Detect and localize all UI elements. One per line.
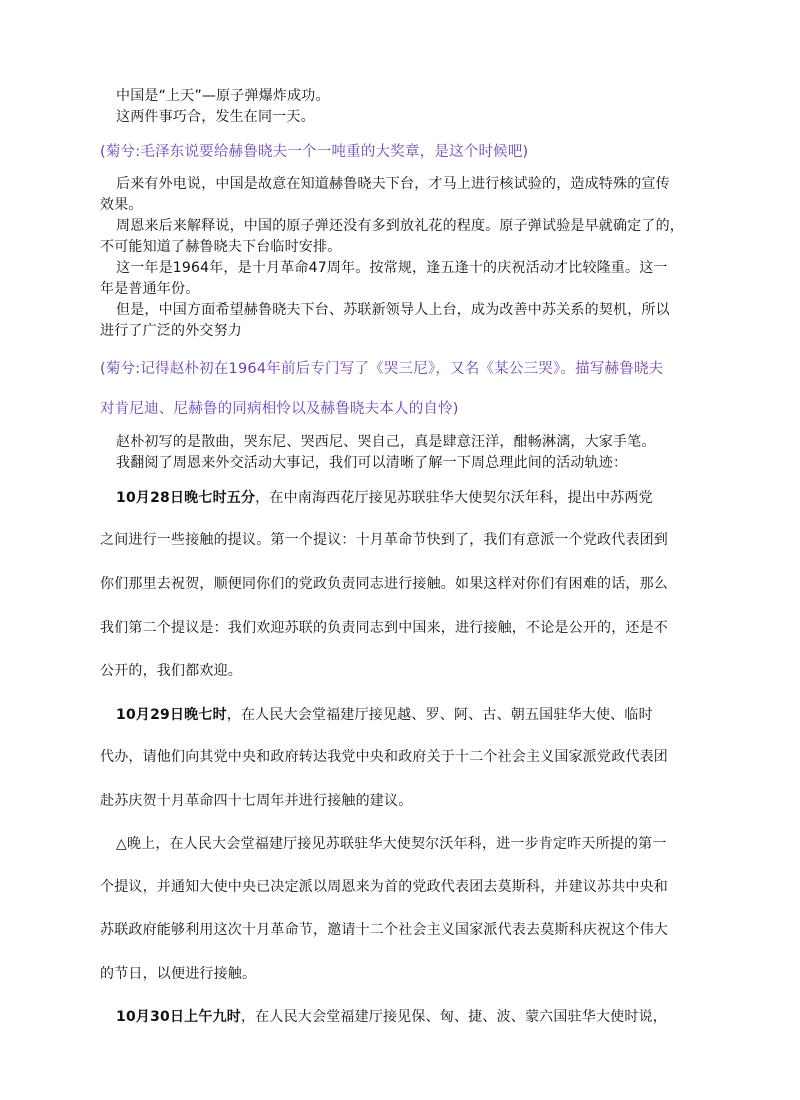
line-text: 这一年是1964年，是十月革命47周年。按常规，逢五逢十的庆祝活动才比较隆重。这… [116, 260, 668, 276]
line-text: 你们那里去祝贺，顺便同你们的党政负责同志进行接触。如果这样对你们有困难的话，那么 [100, 576, 668, 592]
paragraph-line: 但是，中国方面希望赫鲁晓夫下台、苏联新领导人上台，成为改善中苏关系的契机，所以 [116, 301, 670, 319]
line-text: 中国是“上天”—原子弹爆炸成功。 [116, 88, 330, 104]
paragraph-line: 的节日，以便进行接触。 [100, 965, 256, 983]
paragraph-line: 我们第二个提议是：我们欢迎苏联的负责同志到中国来，进行接触，不论是公开的，还是不 [100, 619, 668, 637]
paragraph-line: 赵朴初写的是散曲，哭东尼、哭西尼、哭自己，真是肆意汪洋，酣畅淋漓，大家手笔。 [116, 433, 656, 451]
line-text: 但是，中国方面希望赫鲁晓夫下台、苏联新领导人上台，成为改善中苏关系的契机，所以 [116, 302, 670, 318]
line-text: (菊兮:记得赵朴初在1964年前后专门写了《哭三尼》，又名《某公三哭》。描写赫鲁… [100, 361, 663, 377]
editor-note-line: (菊兮:记得赵朴初在1964年前后专门写了《哭三尼》，又名《某公三哭》。描写赫鲁… [100, 360, 663, 378]
paragraph-line: 苏联政府能够利用这次十月革命节，邀请十二个社会主义国家派代表去莫斯科庆祝这个伟大 [100, 921, 668, 939]
paragraph-line: 这一年是1964年，是十月革命47周年。按常规，逢五逢十的庆祝活动才比较隆重。这… [116, 259, 668, 277]
paragraph-line: 这两件事巧合，发生在同一天。 [116, 108, 315, 126]
line-text: 我翻阅了周恩来外交活动大事记，我们可以清晰了解一下周总理此间的活动轨迹： [116, 455, 627, 471]
line-text: 赴苏庆贺十月革命四十七周年并进行接触的建议。 [100, 793, 412, 809]
paragraph-line: 代办，请他们向其党中央和政府转达我党中央和政府关于十二个社会主义国家派党政代表团 [100, 748, 668, 766]
line-text: 效果。 [100, 197, 143, 213]
line-text: 苏联政府能够利用这次十月革命节，邀请十二个社会主义国家派代表去莫斯科庆祝这个伟大 [100, 922, 668, 938]
line-text: ，在人民大会堂福建厅接见越、罗、阿、古、朝五国驻华大使、临时 [227, 707, 653, 723]
line-text: (菊兮:毛泽东说要给赫鲁晓夫一个一吨重的大奖章，是这个时候吧) [100, 144, 528, 160]
line-text: 不可能知道了赫鲁晓夫下台临时安排。 [100, 239, 341, 255]
paragraph-line: 周恩来后来解释说，中国的原子弹还没有多到放礼花的程度。原子弹试验是早就确定了的， [116, 217, 684, 235]
paragraph-line: 我翻阅了周恩来外交活动大事记，我们可以清晰了解一下周总理此间的活动轨迹： [116, 454, 627, 472]
paragraph-line: 个提议，并通知大使中央已决定派以周恩来为首的党政代表团去莫斯科，并建议苏共中央和 [100, 878, 668, 896]
paragraph-line: △晚上，在人民大会堂福建厅接见苏联驻华大使契尔沃年科，进一步肯定昨天所提的第一 [116, 835, 667, 853]
paragraph-line: 进行了广泛的外交努力 [100, 322, 242, 340]
line-text: 周恩来后来解释说，中国的原子弹还没有多到放礼花的程度。原子弹试验是早就确定了的， [116, 218, 684, 234]
date-heading: 10月30日上午九时 [116, 1009, 241, 1025]
paragraph-line: 效果。 [100, 196, 143, 214]
line-text: 赵朴初写的是散曲，哭东尼、哭西尼、哭自己，真是肆意汪洋，酣畅淋漓，大家手笔。 [116, 434, 656, 450]
paragraph-line: 后来有外电说，中国是故意在知道赫鲁晓夫下台，才马上进行核试验的，造成特殊的宣传 [116, 175, 670, 193]
line-text: ，在中南海西花厅接见苏联驻华大使契尔沃年科，提出中苏两党 [255, 490, 653, 506]
paragraph-line: 之间进行一些接触的提议。第一个提议：十月革命节快到了，我们有意派一个党政代表团到 [100, 531, 668, 549]
editor-note-line: (菊兮:毛泽东说要给赫鲁晓夫一个一吨重的大奖章，是这个时候吧) [100, 143, 528, 161]
paragraph-line: 10月28日晚七时五分，在中南海西花厅接见苏联驻华大使契尔沃年科，提出中苏两党 [116, 489, 653, 507]
line-text: 后来有外电说，中国是故意在知道赫鲁晓夫下台，才马上进行核试验的，造成特殊的宣传 [116, 176, 670, 192]
date-heading: 10月29日晚七时 [116, 707, 227, 723]
line-text: 年是普通年份。 [100, 281, 199, 297]
line-text: 之间进行一些接触的提议。第一个提议：十月革命节快到了，我们有意派一个党政代表团到 [100, 532, 668, 548]
line-text: 这两件事巧合，发生在同一天。 [116, 109, 315, 125]
line-text: ，在人民大会堂福建厅接见保、匈、捷、波、蒙六国驻华大使时说， [241, 1009, 667, 1025]
paragraph-line: 中国是“上天”—原子弹爆炸成功。 [116, 87, 330, 105]
paragraph-line: 年是普通年份。 [100, 280, 199, 298]
line-text: 的节日，以便进行接触。 [100, 966, 256, 982]
date-heading: 10月28日晚七时五分 [116, 490, 255, 506]
line-text: 进行了广泛的外交努力 [100, 323, 242, 339]
paragraph-line: 10月30日上午九时，在人民大会堂福建厅接见保、匈、捷、波、蒙六国驻华大使时说， [116, 1008, 667, 1026]
line-text: 我们第二个提议是：我们欢迎苏联的负责同志到中国来，进行接触，不论是公开的，还是不 [100, 620, 668, 636]
line-text: 对肯尼迪、尼赫鲁的同病相怜以及赫鲁晓夫本人的自怜) [100, 401, 459, 417]
editor-note-line: 对肯尼迪、尼赫鲁的同病相怜以及赫鲁晓夫本人的自怜) [100, 400, 459, 418]
line-text: 个提议，并通知大使中央已决定派以周恩来为首的党政代表团去莫斯科，并建议苏共中央和 [100, 879, 668, 895]
paragraph-line: 公开的，我们都欢迎。 [100, 662, 242, 680]
paragraph-line: 10月29日晚七时，在人民大会堂福建厅接见越、罗、阿、古、朝五国驻华大使、临时 [116, 706, 653, 724]
paragraph-line: 赴苏庆贺十月革命四十七周年并进行接触的建议。 [100, 792, 412, 810]
line-text: 代办，请他们向其党中央和政府转达我党中央和政府关于十二个社会主义国家派党政代表团 [100, 749, 668, 765]
line-text: △晚上，在人民大会堂福建厅接见苏联驻华大使契尔沃年科，进一步肯定昨天所提的第一 [116, 836, 667, 852]
paragraph-line: 不可能知道了赫鲁晓夫下台临时安排。 [100, 238, 341, 256]
paragraph-line: 你们那里去祝贺，顺便同你们的党政负责同志进行接触。如果这样对你们有困难的话，那么 [100, 575, 668, 593]
line-text: 公开的，我们都欢迎。 [100, 663, 242, 679]
